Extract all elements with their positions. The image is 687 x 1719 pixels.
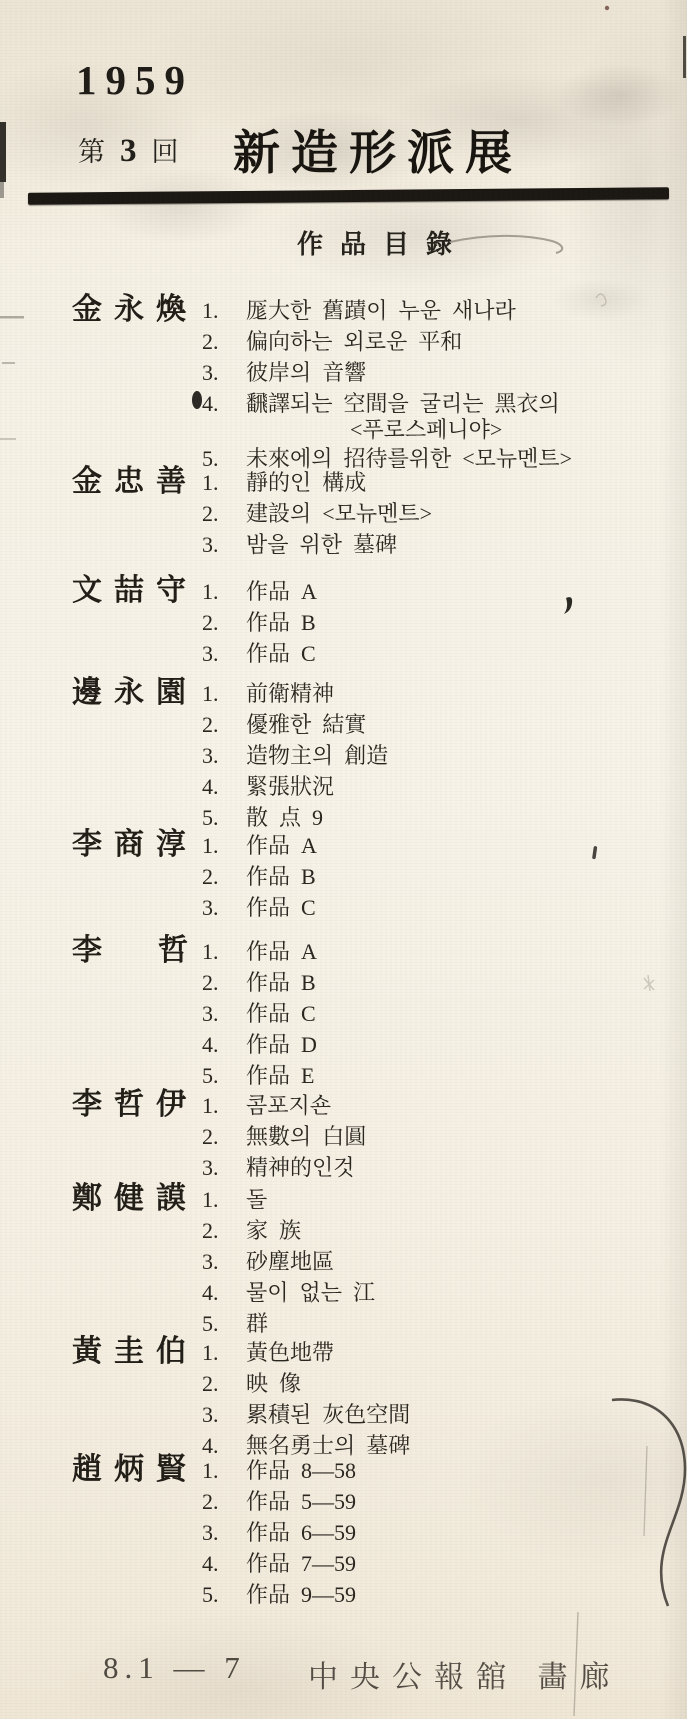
works-list: 1.厖大한 舊蹟이 누운 새나라2.偏向하는 외로운 平和3.彼岸의 音響4.飜… xyxy=(202,295,658,474)
work-number: 2. xyxy=(202,1486,234,1517)
artist-section: 文喆守1.作品 A2.作品 B3.作品 C xyxy=(72,576,658,669)
work-title: 돌 xyxy=(246,1184,267,1215)
work-number: 2. xyxy=(202,1368,234,1399)
work-title: 建設의 <모뉴멘트> xyxy=(246,498,432,529)
work-title: 靜的인 構成 xyxy=(246,467,366,498)
work-item: 5.作品 9—59 xyxy=(202,1579,658,1610)
work-title: 精神的인것 xyxy=(246,1152,355,1183)
work-item: 4.飜譯되는 空間을 굴리는 黑衣의 xyxy=(202,388,658,419)
work-number: 4. xyxy=(202,771,234,802)
work-title: 作品 B xyxy=(246,607,316,638)
work-number: 2. xyxy=(202,326,234,357)
work-item: 3.累積된 灰色空間 xyxy=(202,1399,658,1430)
work-number: 3. xyxy=(202,1517,234,1548)
right-edge-line xyxy=(683,36,686,78)
works-list: 1.黃色地帶2.映 像3.累積된 灰色空間4.無名勇士의 墓碑 xyxy=(202,1337,658,1461)
left-edge-ink-mark xyxy=(0,122,6,182)
work-item: 2.作品 5—59 xyxy=(202,1486,658,1517)
work-item: 2.無數의 白圓 xyxy=(202,1121,658,1152)
work-number: 3. xyxy=(202,998,234,1029)
edition-number: 3 xyxy=(120,133,137,170)
work-title: 造物主의 創造 xyxy=(246,740,388,771)
work-number: 1. xyxy=(202,467,234,498)
edition-label: 第 3 回 xyxy=(78,130,179,170)
work-item: 3.精神的인것 xyxy=(202,1152,658,1183)
work-number: 3. xyxy=(202,357,234,388)
work-number: 2. xyxy=(202,498,234,529)
work-number: 2. xyxy=(202,967,234,998)
work-title: 作品 C xyxy=(246,998,316,1029)
work-title: 作品 A xyxy=(246,830,317,861)
work-title: 優雅한 結實 xyxy=(246,709,366,740)
work-title: 作品 B xyxy=(246,861,316,892)
works-list: 1.콤포지숀2.無數의 白圓3.精神的인것 xyxy=(202,1090,658,1183)
artist-name: 邊永園 xyxy=(72,678,202,708)
artist-name: 李哲 xyxy=(72,936,202,966)
work-number: 1. xyxy=(202,1184,234,1215)
work-number: 1. xyxy=(202,295,234,326)
artist-section: 鄭健謨1.돌2.家 族3.砂塵地區4.물이 없는 江5.群 xyxy=(72,1184,658,1339)
work-item: 3.造物主의 創造 xyxy=(202,740,658,771)
artist-name: 金永煥 xyxy=(72,295,202,325)
work-title: 作品 A xyxy=(246,936,317,967)
artist-name: 鄭健謨 xyxy=(72,1184,202,1214)
work-title: 作品 9—59 xyxy=(246,1579,356,1610)
work-number: 3. xyxy=(202,638,234,669)
work-item: 2.映 像 xyxy=(202,1368,658,1399)
work-number: 1. xyxy=(202,1337,234,1368)
artist-section: 黃圭伯1.黃色地帶2.映 像3.累積된 灰色空間4.無名勇士의 墓碑 xyxy=(72,1337,658,1461)
work-item: 5.群 xyxy=(202,1308,658,1339)
work-title: 厖大한 舊蹟이 누운 새나라 xyxy=(246,295,516,326)
edition-suffix: 回 xyxy=(152,130,179,169)
work-number: 3. xyxy=(202,1152,234,1183)
catalog-page: 1959 第 3 回 新造形派展 作品目錄 金永煥1.厖大한 舊蹟이 누운 새나… xyxy=(0,0,687,1719)
work-number: 2. xyxy=(202,1215,234,1246)
work-title: 밤을 위한 墓碑 xyxy=(246,529,397,560)
work-title: 累積된 灰色空間 xyxy=(246,1399,410,1430)
work-item: 3.作品 C xyxy=(202,892,658,923)
work-number: 2. xyxy=(202,607,234,638)
work-number: 3. xyxy=(202,529,234,560)
work-item: 4.作品 D xyxy=(202,1029,658,1060)
left-edge-ink-tail xyxy=(0,182,4,198)
work-number: 1. xyxy=(202,678,234,709)
work-title: 作品 B xyxy=(246,967,316,998)
works-list: 1.前衛精神2.優雅한 結實3.造物主의 創造4.緊張狀況5.散 点 9 xyxy=(202,678,658,833)
work-title: 作品 5—59 xyxy=(246,1486,356,1517)
work-title: 無數의 白圓 xyxy=(246,1121,366,1152)
work-title: 물이 없는 江 xyxy=(246,1277,375,1308)
work-title: 作品 D xyxy=(246,1029,317,1060)
work-number: 4. xyxy=(202,1277,234,1308)
work-item: 1.作品 A xyxy=(202,830,658,861)
work-title: 作品 C xyxy=(246,892,316,923)
works-list: 1.作品 8—582.作品 5—593.作品 6—594.作品 7—595.作品… xyxy=(202,1455,658,1610)
artist-section: 李哲1.作品 A2.作品 B3.作品 C4.作品 D5.作品 E xyxy=(72,936,658,1091)
work-number: 1. xyxy=(202,576,234,607)
work-number: 3. xyxy=(202,740,234,771)
work-title: 作品 E xyxy=(246,1060,314,1091)
work-number: 3. xyxy=(202,892,234,923)
work-item: 3.作品 C xyxy=(202,638,658,669)
year-heading: 1959 xyxy=(76,56,194,104)
work-title: 作品 A xyxy=(246,576,317,607)
artist-name: 黃圭伯 xyxy=(72,1337,202,1367)
work-number: 1. xyxy=(202,1455,234,1486)
edition-prefix: 第 xyxy=(78,130,105,169)
works-list: 1.作品 A2.作品 B3.作品 C4.作品 D5.作品 E xyxy=(202,936,658,1091)
work-title: 家 族 xyxy=(246,1215,301,1246)
work-title: 飜譯되는 空間을 굴리는 黑衣의 xyxy=(246,388,560,419)
work-title: 前衛精神 xyxy=(246,678,334,709)
work-item: 1.靜的인 構成 xyxy=(202,467,658,498)
work-item: 4.물이 없는 江 xyxy=(202,1277,658,1308)
venue-name: 中央公報舘 畵廊 xyxy=(308,1652,622,1696)
work-title: 砂塵地區 xyxy=(246,1246,334,1277)
exhibition-title: 新造形派展 xyxy=(233,116,523,183)
work-number: 1. xyxy=(202,936,234,967)
artist-section: 邊永園1.前衛精神2.優雅한 結實3.造物主의 創造4.緊張狀況5.散 点 9 xyxy=(72,678,658,833)
work-title: 作品 C xyxy=(246,638,316,669)
work-title: 作品 6—59 xyxy=(246,1517,356,1548)
artist-name: 李商淳 xyxy=(72,830,202,860)
work-title-continuation: <푸로스페니야> xyxy=(202,419,658,443)
margin-dash xyxy=(0,438,16,440)
work-number: 3. xyxy=(202,1399,234,1430)
artist-section: 李商淳1.作品 A2.作品 B3.作品 C xyxy=(72,830,658,923)
work-number: 5. xyxy=(202,1060,234,1091)
work-item: 5.散 点 9 xyxy=(202,802,658,833)
work-item: 2.優雅한 結實 xyxy=(202,709,658,740)
work-item: 1.돌 xyxy=(202,1184,658,1215)
work-item: 3.밤을 위한 墓碑 xyxy=(202,529,658,560)
work-title: 콤포지숀 xyxy=(246,1090,331,1121)
work-title: 彼岸의 音響 xyxy=(246,357,366,388)
work-number: 4. xyxy=(202,388,234,419)
work-item: 1.作品 A xyxy=(202,576,658,607)
work-number: 3. xyxy=(202,1246,234,1277)
work-number: 5. xyxy=(202,1579,234,1610)
work-item: 2.建設의 <모뉴멘트> xyxy=(202,498,658,529)
work-item: 3.作品 C xyxy=(202,998,658,1029)
work-number: 5. xyxy=(202,802,234,833)
work-item: 1.콤포지숀 xyxy=(202,1090,658,1121)
work-number: 4. xyxy=(202,1029,234,1060)
work-title: 映 像 xyxy=(246,1368,301,1399)
artist-name: 金忠善 xyxy=(72,467,202,497)
work-title: 偏向하는 외로운 平和 xyxy=(246,326,462,357)
artist-section: 金永煥1.厖大한 舊蹟이 누운 새나라2.偏向하는 외로운 平和3.彼岸의 音響… xyxy=(72,295,658,474)
work-item: 3.砂塵地區 xyxy=(202,1246,658,1277)
work-title: 作品 7—59 xyxy=(246,1548,356,1579)
work-title: 黃色地帶 xyxy=(246,1337,334,1368)
work-number: 5. xyxy=(202,1308,234,1339)
work-item: 4.緊張狀況 xyxy=(202,771,658,802)
margin-dash xyxy=(2,362,15,364)
work-item: 4.作品 7—59 xyxy=(202,1548,658,1579)
work-number: 4. xyxy=(202,1548,234,1579)
works-list-heading: 作品目錄 xyxy=(297,224,469,261)
work-item: 2.作品 B xyxy=(202,607,658,638)
work-item: 2.偏向하는 외로운 平和 xyxy=(202,326,658,357)
work-item: 2.作品 B xyxy=(202,967,658,998)
paper-speck xyxy=(605,6,609,10)
artist-name: 趙炳賢 xyxy=(72,1455,202,1485)
works-list: 1.靜的인 構成2.建設의 <모뉴멘트>3.밤을 위한 墓碑 xyxy=(202,467,658,560)
work-item: 2.作品 B xyxy=(202,861,658,892)
works-list: 1.作品 A2.作品 B3.作品 C xyxy=(202,576,658,669)
work-item: 1.作品 8—58 xyxy=(202,1455,658,1486)
title-underline-bar xyxy=(28,187,669,205)
work-item: 1.黃色地帶 xyxy=(202,1337,658,1368)
work-number: 1. xyxy=(202,1090,234,1121)
work-number: 2. xyxy=(202,861,234,892)
work-item: 1.厖大한 舊蹟이 누운 새나라 xyxy=(202,295,658,326)
work-item: 3.作品 6—59 xyxy=(202,1517,658,1548)
artist-section: 趙炳賢1.作品 8—582.作品 5—593.作品 6—594.作品 7—595… xyxy=(72,1455,658,1610)
work-number: 2. xyxy=(202,1121,234,1152)
artist-name: 文喆守 xyxy=(72,576,202,606)
work-item: 5.作品 E xyxy=(202,1060,658,1091)
work-item: 1.前衛精神 xyxy=(202,678,658,709)
artist-section: 李哲伊1.콤포지숀2.無數의 白圓3.精神的인것 xyxy=(72,1090,658,1183)
exhibition-dates: 8.1 — 7 xyxy=(103,1650,246,1686)
work-item: 1.作品 A xyxy=(202,936,658,967)
work-title: 作品 8—58 xyxy=(246,1455,356,1486)
work-title: 群 xyxy=(246,1308,268,1339)
work-title: 緊張狀況 xyxy=(246,771,334,802)
work-number: 2. xyxy=(202,709,234,740)
artist-section: 金忠善1.靜的인 構成2.建設의 <모뉴멘트>3.밤을 위한 墓碑 xyxy=(72,467,658,560)
work-title: 散 点 9 xyxy=(246,802,323,833)
margin-dash xyxy=(0,316,24,319)
work-item: 2.家 族 xyxy=(202,1215,658,1246)
artist-name: 李哲伊 xyxy=(72,1090,202,1120)
work-item: 3.彼岸의 音響 xyxy=(202,357,658,388)
works-list: 1.作品 A2.作品 B3.作品 C xyxy=(202,830,658,923)
work-number: 1. xyxy=(202,830,234,861)
works-list: 1.돌2.家 族3.砂塵地區4.물이 없는 江5.群 xyxy=(202,1184,658,1339)
